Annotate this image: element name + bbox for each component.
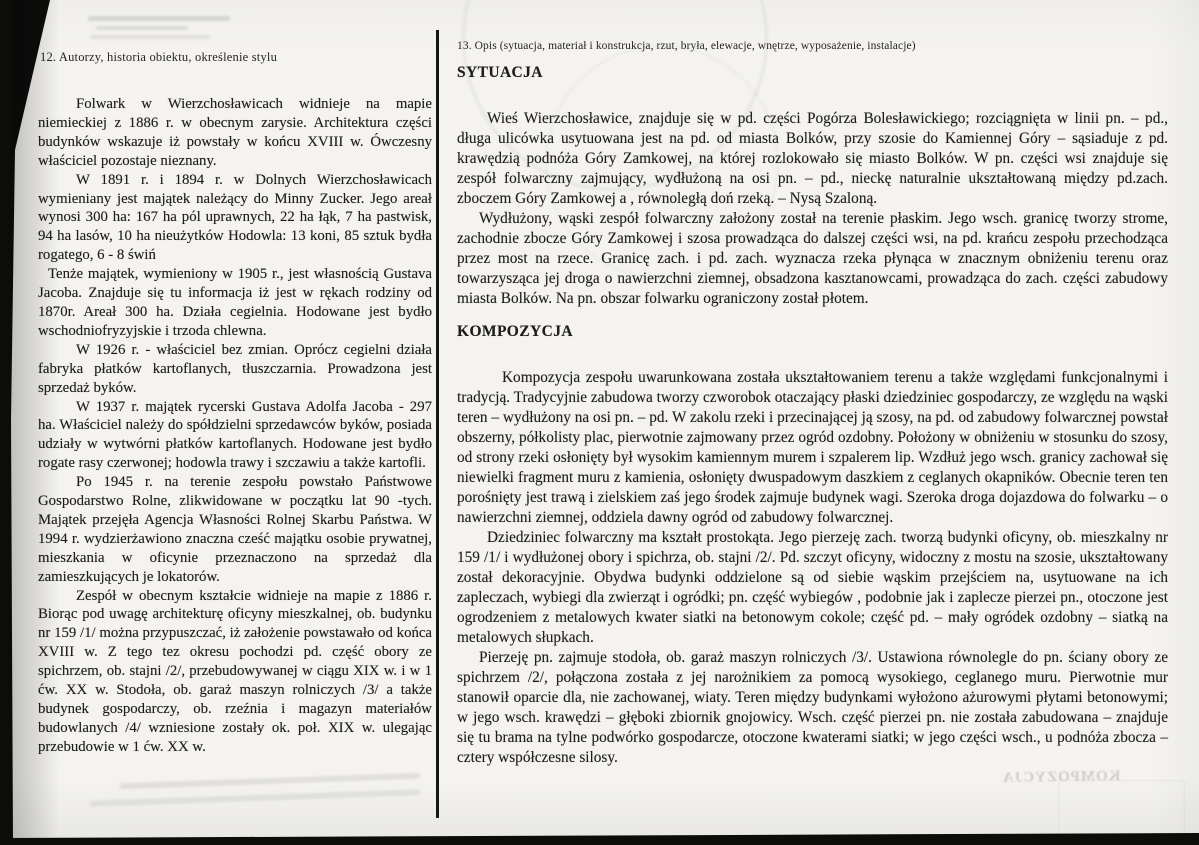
paragraph-history-1945: Po 1945 r. na terenie zespołu powstało P… (38, 473, 432, 586)
bleed-through-smudge (90, 35, 210, 39)
bleed-through-smudge (90, 789, 420, 807)
paragraph-kompozycja-3: Pierzeję pn. zajmuje stodoła, ob. garaż … (457, 648, 1168, 768)
page-fold-divider-line (436, 30, 439, 818)
right-page: 13. Opis (sytuacja, materiał i konstrukc… (457, 40, 1168, 768)
paragraph-history-1937: W 1937 r. majątek rycerski Gustava Adolf… (38, 398, 432, 474)
paragraph-kompozycja-1: Kompozycja zespołu uwarunkowana została … (457, 368, 1168, 528)
scanned-document-spread: KOMPOZYCJA 12. Autorzy, historia obiektu… (0, 0, 1199, 845)
paragraph-history-current: Zespół w obecnym kształcie widnieje na m… (38, 587, 432, 757)
spacer (457, 82, 1168, 109)
bleed-through-smudge (88, 16, 230, 21)
paragraph-sytuacja-1: Wieś Wierzchosławice, znajduje się w pd.… (457, 109, 1168, 209)
left-page-field-label: 12. Autorzy, historia obiektu, określeni… (40, 50, 432, 65)
section-heading-kompozycja: KOMPOZYCJA (457, 323, 1168, 341)
scan-edge-bottom (0, 829, 1199, 845)
bleed-through-smudge (96, 26, 188, 30)
paragraph-kompozycja-2: Dziedziniec folwarczny ma kształt prosto… (457, 528, 1168, 648)
paragraph-history-1905: Tenże majątek, wymieniony w 1905 r., jes… (38, 265, 432, 341)
paragraph-sytuacja-2: Wydłużony, wąski zespół folwarczny założ… (457, 209, 1168, 309)
bleed-through-smudge (120, 773, 420, 789)
right-page-field-label: 13. Opis (sytuacja, materiał i konstrukc… (457, 40, 1168, 52)
paragraph-history-1926: W 1926 r. - właściciel bez zmian. Oprócz… (38, 341, 432, 398)
paragraph-history-1886-map: Folwark w Wierzchosławicach widnieje na … (38, 95, 432, 171)
spacer (457, 341, 1168, 368)
left-page: 12. Autorzy, historia obiektu, określeni… (38, 50, 432, 757)
section-heading-sytuacja: SYTUACJA (457, 64, 1168, 82)
paragraph-history-1891: W 1891 r. i 1894 r. w Dolnych Wierzchosł… (38, 171, 432, 266)
bleed-through-grid (1058, 780, 1185, 840)
